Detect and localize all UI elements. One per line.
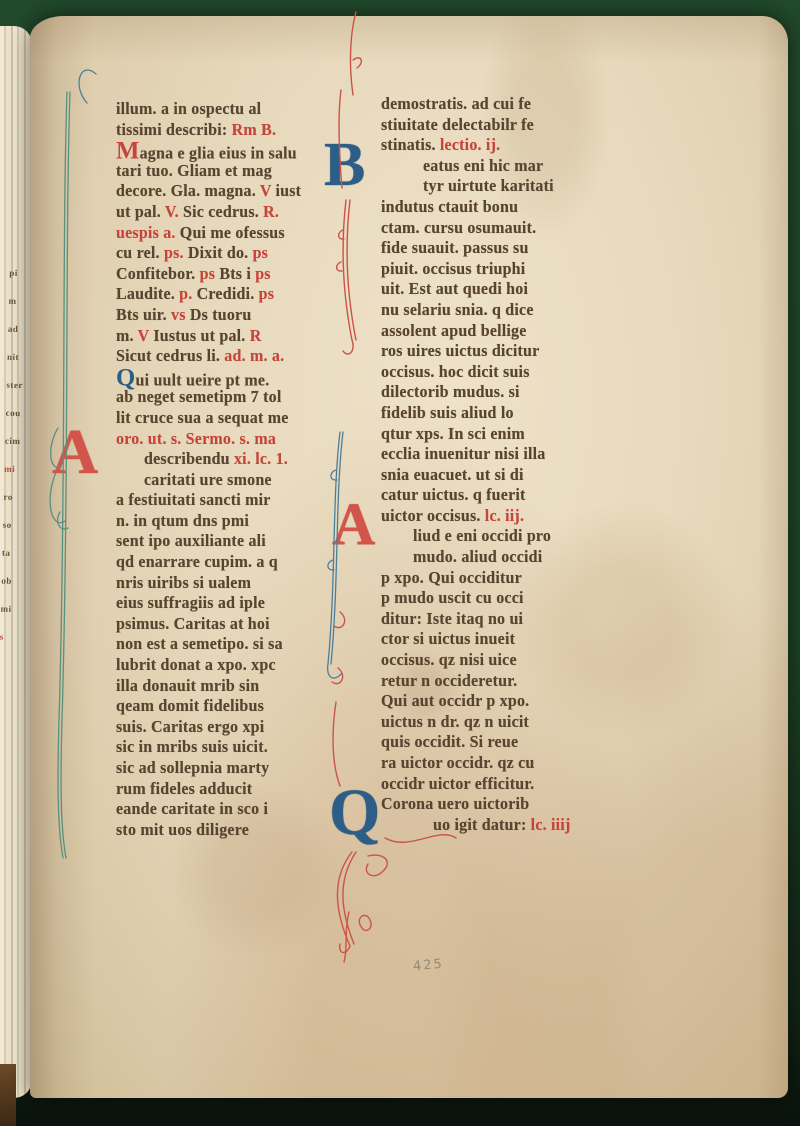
rubric-text: V	[138, 327, 154, 345]
rubric-text: p.	[179, 286, 197, 304]
manuscript-line: m. V Iustus ut pal. R	[116, 326, 374, 347]
rubric-text: R	[250, 327, 262, 345]
rubric-text: ps	[200, 265, 220, 283]
body-text: lubrit donat a xpo. xpc	[116, 657, 276, 675]
initial-a-right: A	[332, 494, 375, 554]
manuscript-line: p mudo uscit cu occi	[381, 589, 649, 610]
body-text: tari tuo. Gliam et mag	[116, 162, 272, 180]
manuscript-line: describendu xi. lc. 1.	[116, 450, 374, 471]
manuscript-line: occidr uictor efficitur.	[381, 774, 649, 795]
manuscript-line: eatus eni hic mar	[381, 156, 649, 177]
manuscript-line: non est a semetipo. si sa	[116, 635, 374, 656]
manuscript-line: sic in mribs suis uicit.	[116, 738, 374, 759]
manuscript-line: dilectorib mudus. si	[381, 383, 649, 404]
initial-q: Q	[329, 780, 380, 846]
body-text: uictus n dr. qz n uicit	[381, 713, 529, 731]
manuscript-line: liud e eni occidi pro	[381, 527, 649, 548]
body-text: ctor si uictus inueit	[381, 631, 515, 649]
manuscript-line: nris uiribs si ualem	[116, 573, 374, 594]
manuscript-line: uo igit datur: lc. iiij	[381, 815, 649, 836]
manuscript-line: lit cruce sua a sequat me	[116, 408, 374, 429]
body-text: nu selariu snia. q dice	[381, 302, 534, 320]
body-text: quis occidit. Si reue	[381, 734, 518, 752]
body-text: illum. a in ospectu al	[116, 101, 261, 119]
manuscript-line: illa donauit mrib sin	[116, 676, 374, 697]
rubric-text: uespis a.	[116, 224, 180, 242]
body-text: uit. Est aut quedi hoi	[381, 281, 528, 299]
body-text: eatus eni hic mar	[423, 157, 543, 175]
body-text: sic ad sollepnia marty	[116, 760, 269, 778]
manuscript-line: occisus. hoc dicit suis	[381, 362, 649, 383]
rubric-text: ad. m. a.	[224, 348, 284, 366]
folio-number: 425	[412, 957, 444, 975]
body-text: tyr uirtute karitati	[423, 178, 554, 196]
manuscript-line: qtur xps. In sci enim	[381, 424, 649, 445]
body-text: Dixit do.	[188, 245, 253, 263]
manuscript-line: ditur: Iste itaq no ui	[381, 609, 649, 630]
manuscript-line: uictor occisus. lc. iij.	[381, 506, 649, 527]
body-text: retur n occideretur.	[381, 672, 517, 690]
body-text: sto mit uos diligere	[116, 821, 249, 839]
body-text: Corona uero uictorib	[381, 796, 529, 814]
body-text: p xpo. Qui occiditur	[381, 569, 522, 587]
body-text: Bts uir.	[116, 307, 171, 325]
gutter-fragment: ro	[3, 492, 27, 503]
body-text: demostratis. ad cui fe	[381, 96, 531, 114]
body-text: sent ipo auxiliante ali	[116, 533, 266, 551]
manuscript-line: occisus. qz nisi uice	[381, 651, 649, 672]
gutter-fragment: cou	[6, 408, 30, 419]
manuscript-line: catur uictus. q fuerit	[381, 486, 649, 507]
manuscript-line: stiuitate delectabilr fe	[381, 115, 649, 136]
manuscript-line: Bts uir. vs Ds tuoru	[116, 306, 374, 327]
body-text: ra uictor occidr. qz cu	[381, 755, 534, 773]
gutter-fragment: cim	[5, 436, 29, 447]
initial-a-left: A	[52, 420, 98, 484]
rubric-text: vs	[171, 307, 190, 325]
body-text: eande caritate in sco i	[116, 801, 268, 819]
gutter-fragment: ad	[8, 324, 32, 335]
body-text: piuit. occisus triuphi	[381, 260, 525, 278]
body-text: decore. Gla. magna.	[116, 183, 260, 201]
body-text: Qui me ofessus	[180, 224, 285, 242]
body-text: assolent apud bellige	[381, 322, 527, 340]
gutter-fragment: so	[3, 520, 27, 531]
rubric-text: Rm B.	[232, 121, 277, 139]
manuscript-line: uespis a. Qui me ofessus	[116, 223, 374, 244]
manuscript-line: fide suauit. passus su	[381, 239, 649, 260]
body-text: Laudite.	[116, 286, 179, 304]
body-text: occidr uictor efficitur.	[381, 775, 534, 793]
manuscript-line: caritati ure smone	[116, 470, 374, 491]
body-text: p mudo uscit cu occi	[381, 590, 524, 608]
body-text: Confitebor.	[116, 265, 200, 283]
body-text: n. in qtum dns pmi	[116, 513, 249, 531]
body-text: ecclia inuenitur nisi illa	[381, 446, 545, 464]
body-text: snia euacuet. ut si di	[381, 466, 524, 484]
body-text: nris uiribs si ualem	[116, 574, 251, 592]
gutter-fragment: s	[0, 632, 24, 643]
rubric-text: V	[260, 183, 271, 201]
manuscript-line: lubrit donat a xpo. xpc	[116, 656, 374, 677]
body-text: dilectorib mudus. si	[381, 384, 520, 402]
rubric-text: ps.	[164, 245, 188, 263]
manuscript-line: demostratis. ad cui fe	[381, 95, 649, 116]
rubric-text: ps	[255, 265, 271, 283]
body-text: occisus. hoc dicit suis	[381, 363, 530, 381]
rubric-text: ps	[253, 245, 269, 263]
gutter-fragment: ta	[2, 548, 26, 559]
manuscript-line: ab neget semetipm 7 tol	[116, 388, 374, 409]
gutter-fragment: mi	[0, 604, 24, 615]
body-text: sic in mribs suis uicit.	[116, 739, 268, 757]
body-text: Qui aut occidr p xpo.	[381, 693, 529, 711]
body-text: iust	[271, 183, 301, 201]
manuscript-line: Sicut cedrus li. ad. m. a.	[116, 347, 374, 368]
manuscript-line: Confitebor. ps Bts i ps	[116, 264, 374, 285]
manuscript-line: ra uictor occidr. qz cu	[381, 754, 649, 775]
manuscript-line: assolent apud bellige	[381, 321, 649, 342]
body-text: cu rel.	[116, 245, 164, 263]
body-text: stiuitate delectabilr fe	[381, 116, 534, 134]
body-text: catur uictus. q fuerit	[381, 487, 526, 505]
gutter-fragment: ster	[6, 380, 30, 391]
body-text: a festiuitati sancti mir	[116, 492, 271, 510]
left-text-column: illum. a in ospectu altissimi describi: …	[116, 100, 374, 841]
manuscript-line: stinatis. lectio. ij.	[381, 136, 649, 157]
manuscript-line: ros uires uictus dicitur	[381, 342, 649, 363]
gutter-fragment: mi	[4, 464, 28, 475]
manuscript-line: uictus n dr. qz n uicit	[381, 712, 649, 733]
manuscript-line: piuit. occisus triuphi	[381, 259, 649, 280]
manuscript-line: mudo. aliud occidi	[381, 548, 649, 569]
body-text: qeam domit fidelibus	[116, 698, 264, 716]
body-text: qtur xps. In sci enim	[381, 425, 525, 443]
manuscript-line: Laudite. p. Credidi. ps	[116, 285, 374, 306]
rubric-text: oro. ut. s. Sermo. s. ma	[116, 430, 276, 448]
manuscript-line: ctor si uictus inueit	[381, 630, 649, 651]
manuscript-line: indutus ctauit bonu	[381, 198, 649, 219]
manuscript-line: Corona uero uictorib	[381, 795, 649, 816]
manuscript-line: psimus. Caritas at hoi	[116, 614, 374, 635]
manuscript-line: tyr uirtute karitati	[381, 177, 649, 198]
body-text: fide suauit. passus su	[381, 240, 529, 258]
gutter-fragment: ob	[1, 576, 25, 587]
body-text: fidelib suis aliud lo	[381, 405, 514, 423]
gutter-fragment: nit	[7, 352, 31, 363]
body-text: psimus. Caritas at hoi	[116, 615, 270, 633]
body-text: indutus ctauit bonu	[381, 199, 518, 217]
body-text: rum fideles adducit	[116, 780, 252, 798]
rubric-text: lectio. ij.	[440, 137, 500, 155]
body-text: ctam. cursu osumauit.	[381, 219, 536, 237]
body-text: uo igit datur:	[433, 816, 531, 834]
manuscript-line: fidelib suis aliud lo	[381, 403, 649, 424]
body-text: uictor occisus.	[381, 508, 485, 526]
body-text: ditur: Iste itaq no ui	[381, 610, 523, 628]
body-text: liud e eni occidi pro	[413, 528, 551, 546]
initial-b: B	[324, 134, 365, 196]
body-text: ui uult ueire pt me.	[136, 371, 270, 389]
body-text: caritati ure smone	[144, 471, 272, 489]
parchment-page: illum. a in ospectu altissimi describi: …	[30, 16, 788, 1098]
manuscript-line: quis occidit. Si reue	[381, 733, 649, 754]
body-text: stinatis.	[381, 137, 440, 155]
rubric-text: V.	[165, 204, 179, 222]
body-text: Credidi.	[197, 286, 259, 304]
manuscript-line: p xpo. Qui occiditur	[381, 568, 649, 589]
manuscript-line: qeam domit fidelibus	[116, 697, 374, 718]
manuscript-line: nu selariu snia. q dice	[381, 301, 649, 322]
manuscript-line: ut pal. V. Sic cedrus. R.	[116, 203, 374, 224]
manuscript-line: Qui aut occidr p xpo.	[381, 692, 649, 713]
body-text: Bts i	[219, 265, 255, 283]
body-text: Sic cedrus.	[179, 204, 263, 222]
body-text: ut pal.	[116, 204, 165, 222]
binding-edge	[0, 1064, 16, 1126]
body-text: m.	[116, 327, 138, 345]
body-text: lit cruce sua a sequat me	[116, 410, 289, 428]
body-text: agna e glia eius in salu	[140, 145, 297, 163]
body-text: mudo. aliud occidi	[413, 549, 542, 567]
body-text: ab neget semetipm 7 tol	[116, 389, 281, 407]
body-text: non est a semetipo. si sa	[116, 636, 283, 654]
rubric-text: lc. iij.	[485, 508, 524, 526]
rubric-text: xi. lc. 1.	[234, 451, 288, 469]
manuscript-line: illum. a in ospectu al	[116, 100, 374, 121]
manuscript-line: eius suffragiis ad iple	[116, 594, 374, 615]
rubric-text: R.	[263, 204, 279, 222]
body-text: illa donauit mrib sin	[116, 677, 259, 695]
body-text: eius suffragiis ad iple	[116, 595, 265, 613]
rubric-text: ps	[259, 286, 275, 304]
body-text: qd enarrare cupim. a q	[116, 554, 278, 572]
body-text: describendu	[144, 451, 234, 469]
body-text: Ds tuoru	[190, 307, 252, 325]
body-text: suis. Caritas ergo xpi	[116, 718, 264, 736]
body-text: ros uires uictus dicitur	[381, 343, 539, 361]
right-text-column: demostratis. ad cui festiuitate delectab…	[381, 95, 649, 836]
manuscript-line: cu rel. ps. Dixit do. ps	[116, 244, 374, 265]
manuscript-line: retur n occideretur.	[381, 671, 649, 692]
manuscript-line: uit. Est aut quedi hoi	[381, 280, 649, 301]
manuscript-scan: pimadnitstercoucimmirosotaobmis illum. a…	[0, 0, 800, 1126]
manuscript-line: snia euacuet. ut si di	[381, 465, 649, 486]
body-text: M	[116, 137, 140, 165]
rubric-text: lc. iiij	[531, 816, 571, 834]
manuscript-line: ecclia inuenitur nisi illa	[381, 445, 649, 466]
manuscript-line: suis. Caritas ergo xpi	[116, 717, 374, 738]
body-text: Iustus ut pal.	[153, 327, 249, 345]
body-text: occisus. qz nisi uice	[381, 652, 517, 670]
manuscript-line: ctam. cursu osumauit.	[381, 218, 649, 239]
manuscript-line: Qui uult ueire pt me.	[116, 367, 374, 388]
manuscript-line: oro. ut. s. Sermo. s. ma	[116, 429, 374, 450]
